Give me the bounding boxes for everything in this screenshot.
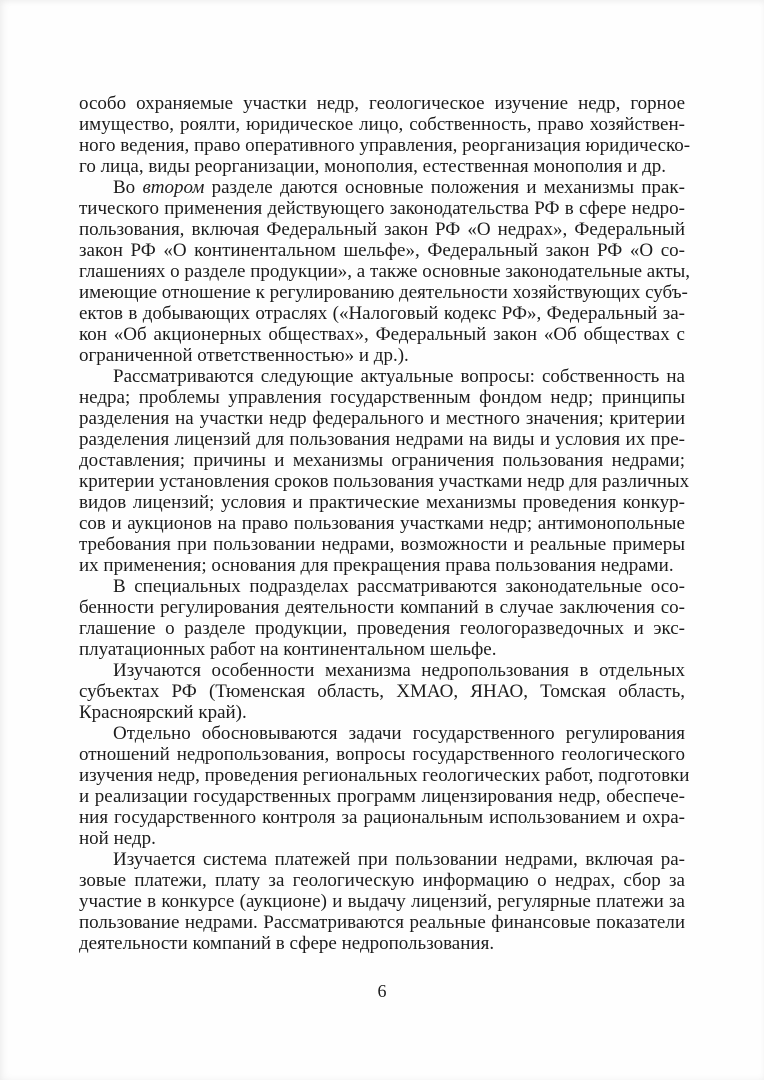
text-line: Изучаются особенности механизма недропол… [79, 660, 685, 681]
paragraph: Изучаются особенности механизма недропол… [79, 660, 685, 723]
italic-text: втором [142, 177, 204, 198]
text-line: глашениях о разделе продукции», а также … [79, 261, 685, 282]
paragraph: Изучается система платежей при пользован… [79, 849, 685, 954]
text-line: критерии установления сроков пользования… [79, 471, 685, 492]
text-segment: разделе даются основные положения и меха… [204, 177, 685, 198]
text-segment: Во [113, 177, 142, 198]
paragraph: особо охраняемые участки недр, геологиче… [79, 93, 685, 177]
text-line: Изучается система платежей при пользован… [79, 849, 685, 870]
text-line: сов и аукционов на право пользования уча… [79, 513, 685, 534]
text-line: участие в конкурсе (аукционе) и выдачу л… [79, 891, 685, 912]
text-line: субъектах РФ (Тюменская область, ХМАО, Я… [79, 681, 685, 702]
text-block: особо охраняемые участки недр, геологиче… [79, 93, 685, 954]
text-line: ектов в добывающих отраслях («Налоговый … [79, 303, 685, 324]
text-line: ной недр. [79, 828, 685, 849]
paragraph: Отдельно обосновываются задачи государст… [79, 723, 685, 849]
text-line: пользование недрами. Рассматриваются реа… [79, 912, 685, 933]
text-line: особо охраняемые участки недр, геологиче… [79, 93, 685, 114]
text-line: ограниченной ответственностью» и др.). [79, 345, 685, 366]
text-line: ного ведения, право оперативного управле… [79, 135, 685, 156]
text-line: кон «Об акционерных обществах», Федераль… [79, 324, 685, 345]
text-line: имущество, роялти, юридическое лицо, соб… [79, 114, 685, 135]
text-line: и реализации государственных программ ли… [79, 786, 685, 807]
text-line: отношений недропользования, вопросы госу… [79, 744, 685, 765]
text-line: бенности регулирования деятельности комп… [79, 597, 685, 618]
text-line: разделения лицензий для пользования недр… [79, 429, 685, 450]
paragraph: Рассматриваются следующие актуальные воп… [79, 366, 685, 576]
text-line: разделения на участки недр федерального … [79, 408, 685, 429]
text-line: глашение о разделе продукции, проведения… [79, 618, 685, 639]
text-line: недра; проблемы управления государственн… [79, 387, 685, 408]
text-line: В специальных подразделах рассматриваютс… [79, 576, 685, 597]
text-line: деятельности компаний в сфере недропольз… [79, 933, 685, 954]
text-line: Рассматриваются следующие актуальные воп… [79, 366, 685, 387]
text-line: доставления; причины и механизмы огранич… [79, 450, 685, 471]
text-line: видов лицензий; условия и практические м… [79, 492, 685, 513]
text-line: изучения недр, проведения региональных г… [79, 765, 685, 786]
text-line: закон РФ «О континентальном шельфе», Фед… [79, 240, 685, 261]
text-line: Отдельно обосновываются задачи государст… [79, 723, 685, 744]
text-line: плуатационных работ на континентальном ш… [79, 639, 685, 660]
text-line: требования при пользовании недрами, возм… [79, 534, 685, 555]
paragraph: В специальных подразделах рассматриваютс… [79, 576, 685, 660]
text-line: го лица, виды реорганизации, монополия, … [79, 156, 685, 177]
scanned-book-page: особо охраняемые участки недр, геологиче… [0, 0, 764, 1080]
text-line: их применения; основания для прекращения… [79, 555, 685, 576]
text-line: Красноярский край). [79, 702, 685, 723]
page-number: 6 [79, 981, 685, 1002]
text-line: зовые платежи, плату за геологическую ин… [79, 870, 685, 891]
paragraph: Во втором разделе даются основные положе… [79, 177, 685, 366]
text-line: имеющие отношение к регулированию деятел… [79, 282, 685, 303]
text-line: пользования, включая Федеральный закон Р… [79, 219, 685, 240]
text-line: Во втором разделе даются основные положе… [79, 177, 685, 198]
text-line: тического применения действующего законо… [79, 198, 685, 219]
text-line: ния государственного контроля за рациона… [79, 807, 685, 828]
